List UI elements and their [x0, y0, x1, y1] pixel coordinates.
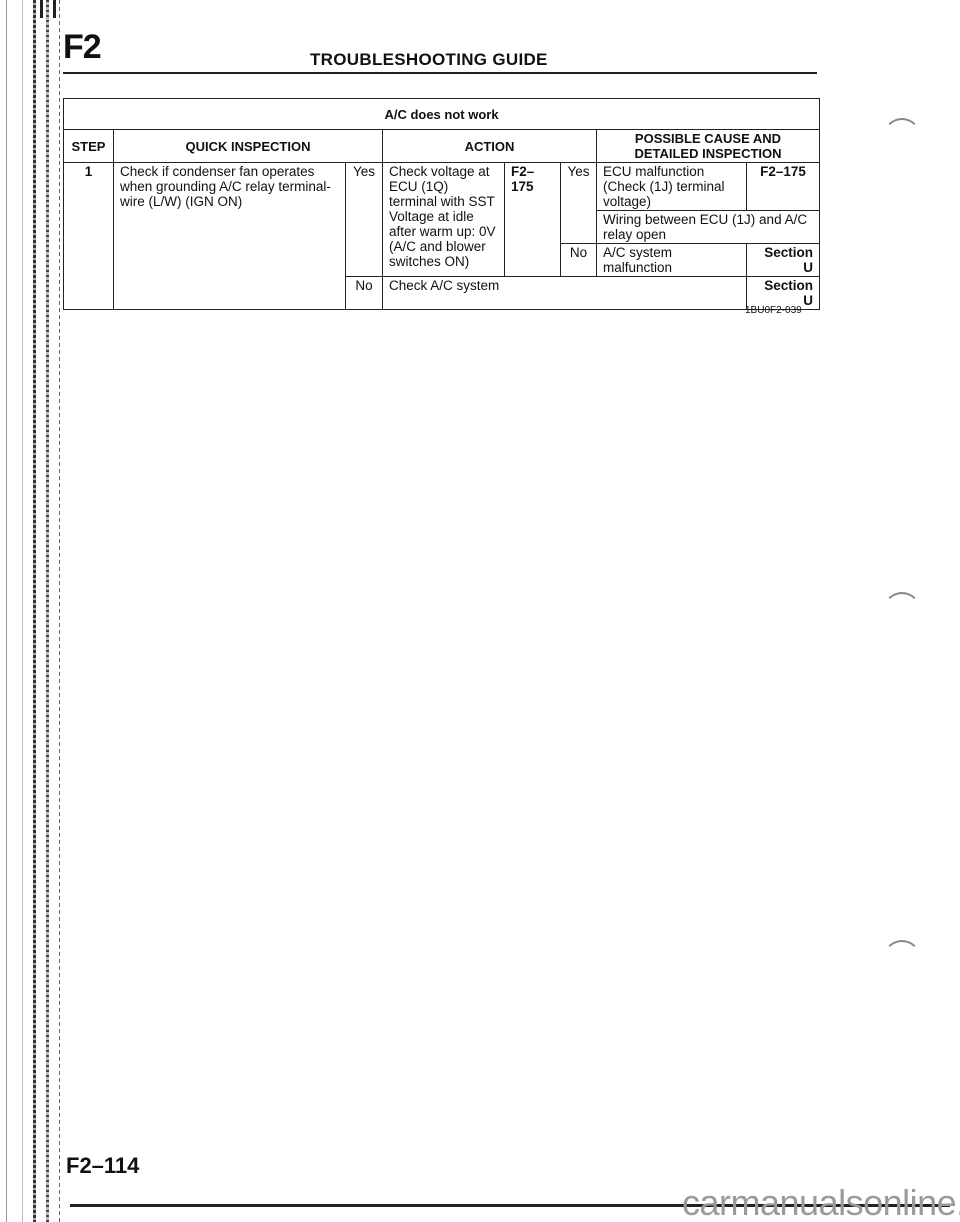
figure-code: 1BU0F2-039 [745, 305, 802, 316]
cause-ecu-malfunction: ECU malfunction (Check (1J) terminal vol… [597, 163, 747, 211]
action-no-label: No [561, 244, 597, 277]
quick-inspection-text: Check if condenser fan operates when gro… [114, 163, 346, 310]
table-row: 1 Check if condenser fan operates when g… [64, 163, 820, 211]
cause-wiring-open: Wiring between ECU (1J) and A/C relay op… [597, 211, 820, 244]
qi-yes-label: Yes [346, 163, 383, 277]
cause-ac-system-ref: Section U [747, 244, 820, 277]
cause-ac-system-malfunction: A/C system malfunction [597, 244, 747, 277]
header-rule [63, 72, 817, 74]
watermark: carmanualsonline.info [682, 1182, 960, 1222]
page-binding-edge [0, 0, 70, 1222]
punch-hole-mark [883, 940, 921, 978]
punch-hole-mark [883, 592, 921, 630]
page-title: TROUBLESHOOTING GUIDE [310, 50, 548, 70]
header-step: STEP [64, 130, 114, 163]
header-action: ACTION [383, 130, 597, 163]
action-text: Check voltage at ECU (1Q) terminal with … [383, 163, 505, 277]
troubleshooting-table: A/C does not work STEP QUICK INSPECTION … [63, 98, 820, 310]
step-number: 1 [64, 163, 114, 310]
punch-hole-mark [883, 118, 921, 156]
table-title: A/C does not work [64, 99, 820, 130]
action-yes-label: Yes [561, 163, 597, 244]
header-quick-inspection: QUICK INSPECTION [114, 130, 383, 163]
no-branch-action: Check A/C system [383, 277, 747, 310]
qi-no-label: No [346, 277, 383, 310]
action-ref: F2–175 [505, 163, 561, 277]
cause-ecu-ref: F2–175 [747, 163, 820, 211]
chapter-code: F2 [63, 28, 101, 67]
header-possible-cause: POSSIBLE CAUSE AND DETAILED INSPECTION [597, 130, 820, 163]
page-number: F2–114 [66, 1153, 139, 1179]
